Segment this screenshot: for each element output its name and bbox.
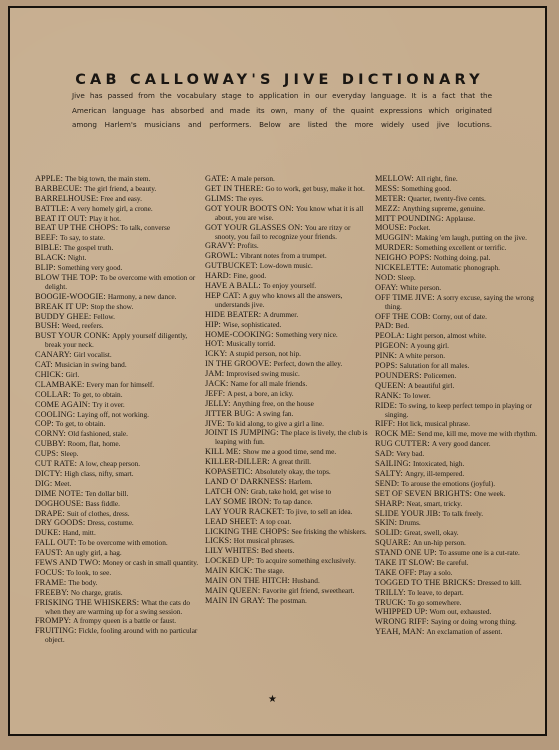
entry-term: RIDE [375, 401, 395, 410]
entry-definition: Drums. [399, 518, 421, 527]
dictionary-entry: BUST YOUR CONK: Apply yourself diligentl… [35, 331, 201, 349]
entry-term: BEAT IT OUT [35, 214, 85, 223]
dictionary-entry: NOD: Sleep. [375, 273, 543, 282]
entry-term: COME AGAIN [35, 400, 88, 409]
entry-term: RUG CUTTER [375, 439, 427, 448]
dictionary-entry: FREEBY: No charge, gratis. [35, 588, 201, 597]
entry-term: BLIP [35, 263, 53, 272]
entry-term: BEAT UP THE CHOPS [35, 223, 116, 232]
entry-definition: Musically torrid. [226, 339, 275, 348]
dictionary-entry: BARBECUE: The girl friend, a beauty. [35, 184, 201, 193]
entry-definition: An un-hip person. [413, 538, 466, 547]
dictionary-entry: FRISKING THE WHISKERS: What the cats do … [35, 598, 201, 616]
dictionary-entry: BIBLE: The gospel truth. [35, 243, 201, 252]
entry-definition: Hot musical phrases. [234, 536, 295, 545]
entry-term: BARBECUE [35, 184, 80, 193]
dictionary-entry: FOCUS: To look, to see. [35, 568, 201, 577]
entry-term: MEZZ [375, 204, 398, 213]
entry-definition: Name for all male friends. [230, 379, 307, 388]
entry-definition: A low, cheap person. [79, 459, 140, 468]
dictionary-entry: MESS: Something good. [375, 184, 543, 193]
entry-definition: Intoxicated, high. [413, 459, 464, 468]
entry-term: FEWS AND TWO [35, 558, 98, 567]
entry-definition: Show me a good time, send me. [243, 447, 336, 456]
entry-definition: Applause. [446, 214, 475, 223]
entry-definition: Stop the show. [91, 302, 134, 311]
entry-term: LAY YOUR RACKET [205, 507, 282, 516]
entry-definition: To leave, to depart. [408, 588, 464, 597]
dictionary-entry: LILY WHITES: Bed sheets. [205, 546, 371, 555]
entry-term: RIFF [375, 419, 393, 428]
entry-definition: To lower. [403, 391, 430, 400]
dictionary-entry: BEEF: To say, to state. [35, 233, 201, 242]
entry-definition: A beautiful girl. [408, 381, 454, 390]
dictionary-entry: FRUITING: Fickle, fooling around with no… [35, 626, 201, 644]
entry-definition: Night. [68, 253, 86, 262]
dictionary-entry: CAT: Musician in swing band. [35, 360, 201, 369]
intro-line: Jive has passed from the vocabulary stag… [72, 89, 492, 104]
entry-term: ICKY [205, 349, 225, 358]
entry-term: SOLID [375, 528, 400, 537]
entry-definition: The eyes. [236, 194, 264, 203]
entry-definition: A frompy queen is a battle or faust. [73, 616, 176, 625]
dictionary-entry: RIFF: Hot lick, musical phrase. [375, 419, 543, 428]
entry-definition: The gospel truth. [64, 243, 114, 252]
dictionary-entry: MAIN QUEEN: Favorite girl friend, sweeth… [205, 586, 371, 595]
dictionary-entry: COLLAR: To get, to obtain. [35, 390, 201, 399]
entry-definition: A very good dancer. [432, 439, 491, 448]
dictionary-entry: FEWS AND TWO: Money or cash in small qua… [35, 558, 201, 567]
entry-definition: A male person. [231, 174, 275, 183]
dictionary-entry: SLIDE YOUR JIB: To talk freely. [375, 509, 543, 518]
entry-definition: Be careful. [437, 558, 469, 567]
dictionary-entry: ROCK ME: Send me, kill me, move me with … [375, 429, 543, 438]
entry-term: GOT YOUR GLASSES ON [205, 223, 300, 232]
entry-definition: A drummer. [263, 310, 298, 319]
dictionary-entry: COP: To get, to obtain. [35, 419, 201, 428]
dictionary-entry: WRONG RIFF: Saying or doing wrong thing. [375, 617, 543, 626]
entry-term: CANARY [35, 350, 69, 359]
entry-term: CUPS [35, 449, 56, 458]
entry-term: GATE [205, 174, 226, 183]
dictionary-entry: OFF THE COB: Corny, out of date. [375, 312, 543, 321]
entry-term: COOLING [35, 410, 73, 419]
dictionary-entry: JITTER BUG: A swing fan. [205, 409, 371, 418]
entry-term: YEAH, MAN [375, 627, 422, 636]
dictionary-entry: GLIMS: The eyes. [205, 194, 371, 203]
dictionary-entry: GUTBUCKET: Low-down music. [205, 261, 371, 270]
entry-term: LAY SOME IRON [205, 497, 269, 506]
entry-definition: Bed sheets. [261, 546, 294, 555]
dictionary-entry: GET IN THERE: Go to work, get busy, make… [205, 184, 371, 193]
dictionary-entry: BLACK: Night. [35, 253, 201, 262]
entry-term: DOGHOUSE [35, 499, 81, 508]
entry-term: LEAD SHEET [205, 517, 255, 526]
entry-term: BUST YOUR CONK [35, 331, 108, 340]
dictionary-entry: FAUST: An ugly girl, a hag. [35, 548, 201, 557]
entry-definition: Dress, costume. [87, 518, 133, 527]
dictionary-entry: BUSH: Weed, reefers. [35, 321, 201, 330]
entry-term: TRUCK [375, 598, 403, 607]
dictionary-entry: JACK: Name for all male friends. [205, 379, 371, 388]
entry-term: CHICK [35, 370, 61, 379]
entry-term: TRILLY [375, 588, 403, 597]
page-title: CAB CALLOWAY'S JIVE DICTIONARY [0, 72, 559, 88]
entry-term: TAKE IT SLOW [375, 558, 432, 567]
dictionary-entry: DOGHOUSE: Bass fiddle. [35, 499, 201, 508]
entry-term: FRUITING [35, 626, 74, 635]
entry-term: HEP CAT [205, 291, 238, 300]
entry-term: GUTBUCKET [205, 261, 255, 270]
entry-term: PAD [375, 321, 391, 330]
entry-definition: Fellow. [93, 312, 115, 321]
dictionary-entry: BREAK IT UP: Stop the show. [35, 302, 201, 311]
entry-term: IN THE GROOVE [205, 359, 269, 368]
entry-definition: Improvised swing music. [226, 369, 300, 378]
entry-definition: To arouse the emotions (joyful). [401, 479, 495, 488]
entry-term: BLACK [35, 253, 63, 262]
entry-term: MAIN KICK [205, 566, 250, 575]
dictionary-entry: LAY SOME IRON: To tap dance. [205, 497, 371, 506]
dictionary-entry: APPLE: The big town, the main stem. [35, 174, 201, 183]
entry-definition: Free and easy. [100, 194, 141, 203]
entry-term: MITT POUNDING [375, 214, 441, 223]
entry-definition: A white person. [399, 351, 445, 360]
dictionary-entry: TAKE IT SLOW: Be careful. [375, 558, 543, 567]
entry-term: PINK [375, 351, 395, 360]
entry-term: GOT YOUR BOOTS ON [205, 204, 291, 213]
entry-definition: To talk freely. [443, 509, 484, 518]
entry-definition: An exclamation of assent. [427, 627, 503, 636]
dictionary-entry: SALTY: Angry, ill-tempered. [375, 469, 543, 478]
entry-term: FOCUS [35, 568, 62, 577]
dictionary-entry: FROMPY: A frompy queen is a battle or fa… [35, 616, 201, 625]
entry-term: MAIN QUEEN [205, 586, 258, 595]
entry-definition: Favorite girl friend, sweetheart. [262, 586, 354, 595]
dictionary-entry: FRAME: The body. [35, 578, 201, 587]
entry-definition: Automatic phonograph. [431, 263, 500, 272]
entry-definition: Girl vocalist. [74, 350, 112, 359]
entry-definition: The body. [68, 578, 97, 587]
entry-definition: Neat, smart, tricky. [406, 499, 462, 508]
entry-definition: To swing, to keep perfect tempo in playi… [385, 401, 532, 419]
entry-definition: Girl. [66, 370, 80, 379]
dictionary-entry: MELLOW: All right, fine. [375, 174, 543, 183]
entry-term: SAILING [375, 459, 409, 468]
dictionary-entry: HIP: Wise, sophisticated. [205, 320, 371, 329]
entry-term: JEFF [205, 389, 223, 398]
entry-definition: Laying off, not working. [77, 410, 149, 419]
dictionary-entry: MOUSE: Pocket. [375, 223, 543, 232]
entry-term: MESS [375, 184, 397, 193]
entry-term: DIME NOTE [35, 489, 81, 498]
dictionary-entry: TRUCK: To go somewhere. [375, 598, 543, 607]
entry-definition: The stage. [254, 566, 284, 575]
dictionary-entry: JAM: Improvised swing music. [205, 369, 371, 378]
entry-definition: The girl friend, a beauty. [84, 184, 156, 193]
entry-term: COLLAR [35, 390, 69, 399]
entry-term: BOOGIE-WOOGIE [35, 292, 103, 301]
entry-term: JITTER BUG [205, 409, 252, 418]
dictionary-entry: CUBBY: Room, flat, home. [35, 439, 201, 448]
entry-definition: Sleep. [398, 273, 416, 282]
entry-term: KOPASETIC [205, 467, 250, 476]
dictionary-entry: SOLID: Great, swell, okay. [375, 528, 543, 537]
dictionary-entry: METER: Quarter, twenty-five cents. [375, 194, 543, 203]
entry-term: HAVE A BALL [205, 281, 258, 290]
dictionary-entry: GROWL: Vibrant notes from a trumpet. [205, 251, 371, 260]
entry-definition: To say, to state. [60, 233, 105, 242]
entry-term: HIDE BEATER [205, 310, 259, 319]
entry-term: POUNDERS [375, 371, 419, 380]
dictionary-entry: KILLER-DILLER: A great thrill. [205, 457, 371, 466]
dictionary-column-2: GATE: A male person.GET IN THERE: Go to … [205, 174, 371, 606]
dictionary-entry: BLOW THE TOP: To be overcome with emotio… [35, 273, 201, 291]
entry-term: LAND O' DARKNESS [205, 477, 284, 486]
entry-definition: High class, nifty, smart. [64, 469, 133, 478]
entry-term: JOINT IS JUMPING [205, 428, 276, 437]
entry-definition: A great thrill. [272, 457, 311, 466]
entry-term: PIGEON [375, 341, 406, 350]
entry-definition: All right, fine. [416, 174, 458, 183]
entry-definition: Something excellent or terrific. [415, 243, 506, 252]
entry-term: DIG [35, 479, 50, 488]
dictionary-entry: LICKING THE CHOPS: See frisking the whis… [205, 527, 371, 536]
entry-term: CUT RATE [35, 459, 75, 468]
entry-definition: To talk, converse [120, 223, 170, 232]
entry-term: LICKS [205, 536, 229, 545]
entry-term: CORNY [35, 429, 64, 438]
dictionary-entry: POUNDERS: Policemen. [375, 371, 543, 380]
dictionary-entry: FALL OUT: To be overcome with emotion. [35, 538, 201, 547]
entry-definition: To get, to obtain. [56, 419, 106, 428]
dictionary-entry: LICKS: Hot musical phrases. [205, 536, 371, 545]
entry-term: COP [35, 419, 51, 428]
dictionary-entry: COME AGAIN: Try it over. [35, 400, 201, 409]
entry-definition: Perfect, down the alley. [274, 359, 343, 368]
dictionary-entry: BEAT IT OUT: Play it hot. [35, 214, 201, 223]
entry-definition: Making 'em laugh, putting on the jive. [415, 233, 527, 242]
entry-term: FREEBY [35, 588, 66, 597]
entry-definition: To be overcome with emotion. [78, 538, 167, 547]
dictionary-entry: DIME NOTE: Ten dollar bill. [35, 489, 201, 498]
entry-term: KILLER-DILLER [205, 457, 267, 466]
entry-term: BATTLE [35, 204, 66, 213]
dictionary-entry: STAND ONE UP: To assume one is a cut-rat… [375, 548, 543, 557]
entry-definition: Corny, out of date. [432, 312, 486, 321]
entry-term: BARRELHOUSE [35, 194, 96, 203]
entry-term: OFF THE COB [375, 312, 428, 321]
dictionary-entry: CANARY: Girl vocalist. [35, 350, 201, 359]
entry-term: STAND ONE UP [375, 548, 434, 557]
entry-term: GRAVY [205, 241, 233, 250]
entry-definition: To look, to see. [66, 568, 111, 577]
dictionary-entry: COOLING: Laying off, not working. [35, 410, 201, 419]
entry-definition: Nothing doing, pal. [434, 253, 491, 262]
entry-definition: Every man for himself. [86, 380, 154, 389]
entry-definition: A stupid person, not hip. [229, 349, 301, 358]
entry-definition: Musician in swing band. [55, 360, 127, 369]
dictionary-entry: LOCKED UP: To acquire something exclusiv… [205, 556, 371, 565]
entry-definition: Anything free, on the house [233, 399, 314, 408]
entry-definition: Salutation for all males. [400, 361, 470, 370]
dictionary-entry: CORNY: Old fashioned, stale. [35, 429, 201, 438]
entry-term: LATCH ON [205, 487, 246, 496]
entry-term: SQUARE [375, 538, 409, 547]
entry-definition: One week. [474, 489, 505, 498]
entry-term: LOCKED UP [205, 556, 252, 565]
entry-term: JELLY [205, 399, 228, 408]
dictionary-column-3: MELLOW: All right, fine.MESS: Something … [375, 174, 543, 637]
dictionary-entry: PEOLA: Light person, almost white. [375, 331, 543, 340]
dictionary-entry: JOINT IS JUMPING: The place is lively, t… [205, 428, 371, 446]
entry-term: SALTY [375, 469, 400, 478]
entry-definition: Ten dollar bill. [85, 489, 128, 498]
entry-definition: Policemen. [424, 371, 457, 380]
entry-definition: Quarter, twenty-five cents. [408, 194, 486, 203]
entry-definition: Harmony, a new dance. [108, 292, 177, 301]
entry-term: MAIN IN GRAY [205, 596, 263, 605]
dictionary-entry: OFF TIME JIVE: A sorry excuse, saying th… [375, 293, 543, 311]
dictionary-entry: TOGGED TO THE BRICKS: Dressed to kill. [375, 578, 543, 587]
entry-term: CAT [35, 360, 50, 369]
entry-definition: Send me, kill me, move me with rhythm. [417, 429, 537, 438]
dictionary-entry: PINK: A white person. [375, 351, 543, 360]
entry-term: MUGGIN' [375, 233, 411, 242]
entry-term: PEOLA [375, 331, 402, 340]
dictionary-entry: MITT POUNDING: Applause. [375, 214, 543, 223]
entry-definition: Bed. [395, 321, 409, 330]
entry-term: TOGGED TO THE BRICKS [375, 578, 473, 587]
entry-definition: An ugly girl, a hag. [65, 548, 122, 557]
entry-definition: Room, flat, home. [68, 439, 121, 448]
dictionary-entry: HOT: Musically torrid. [205, 339, 371, 348]
entry-definition: Something very nice. [276, 330, 338, 339]
entry-definition: The postman. [267, 596, 307, 605]
entry-term: NICKELETTE [375, 263, 426, 272]
entry-term: CUBBY [35, 439, 63, 448]
entry-definition: Something good. [401, 184, 451, 193]
dictionary-entry: DRAPE: Suit of clothes, dress. [35, 509, 201, 518]
dictionary-column-1: APPLE: The big town, the main stem.BARBE… [35, 174, 201, 645]
dictionary-entry: BARRELHOUSE: Free and easy. [35, 194, 201, 203]
entry-term: BREAK IT UP [35, 302, 86, 311]
entry-definition: Go to work, get busy, make it hot. [266, 184, 365, 193]
entry-term: GET IN THERE [205, 184, 261, 193]
dictionary-entry: SET OF SEVEN BRIGHTS: One week. [375, 489, 543, 498]
dictionary-entry: HIDE BEATER: A drummer. [205, 310, 371, 319]
star-icon: ★ [268, 694, 277, 705]
entry-term: SET OF SEVEN BRIGHTS [375, 489, 470, 498]
entry-definition: To enjoy yourself. [263, 281, 316, 290]
entry-term: ROCK ME [375, 429, 413, 438]
entry-term: SHARP [375, 499, 402, 508]
entry-term: CLAMBAKE [35, 380, 82, 389]
dictionary-entry: NEIGHO POPS: Nothing doing, pal. [375, 253, 543, 262]
dictionary-entry: TAKE OFF: Play a solo. [375, 568, 543, 577]
dictionary-entry: LAY YOUR RACKET: To jive, to sell an ide… [205, 507, 371, 516]
entry-definition: Light person, almost white. [406, 331, 486, 340]
entry-term: METER [375, 194, 403, 203]
dictionary-entry: PIGEON: A young girl. [375, 341, 543, 350]
entry-term: JIVE [205, 419, 222, 428]
entry-definition: Low-down music. [260, 261, 313, 270]
entry-definition: Absolutely okay, the tops. [255, 467, 331, 476]
dictionary-entry: HARD: Fine, good. [205, 271, 371, 280]
entry-definition: To acquire something exclusively. [256, 556, 356, 565]
dictionary-entry: GRAVY: Profits. [205, 241, 371, 250]
entry-definition: Meet. [54, 479, 71, 488]
dictionary-entry: OFAY: White person. [375, 283, 543, 292]
entry-term: OFAY [375, 283, 396, 292]
dictionary-entry: JEFF: A pest, a bore, an icky. [205, 389, 371, 398]
dictionary-entry: SKIN: Drums. [375, 518, 543, 527]
dictionary-entry: BUDDY GHEE: Fellow. [35, 312, 201, 321]
dictionary-entry: RUG CUTTER: A very good dancer. [375, 439, 543, 448]
entry-definition: Bass fiddle. [86, 499, 120, 508]
dictionary-entry: LEAD SHEET: A top coat. [205, 517, 371, 526]
dictionary-entry: JELLY: Anything free, on the house [205, 399, 371, 408]
dictionary-entry: CUPS: Sleep. [35, 449, 201, 458]
dictionary-entry: MAIN IN GRAY: The postman. [205, 596, 371, 605]
entry-term: BIBLE [35, 243, 59, 252]
entry-definition: Saying or doing wrong thing. [431, 617, 517, 626]
dictionary-entry: LAND O' DARKNESS: Harlem. [205, 477, 371, 486]
dictionary-entry: CUT RATE: A low, cheap person. [35, 459, 201, 468]
entry-term: WRONG RIFF [375, 617, 426, 626]
dictionary-entry: DICTY: High class, nifty, smart. [35, 469, 201, 478]
entry-term: FROMPY [35, 616, 69, 625]
entry-definition: Angry, ill-tempered. [405, 469, 464, 478]
dictionary-entry: SEND: To arouse the emotions (joyful). [375, 479, 543, 488]
entry-definition: A very homely girl, a crone. [71, 204, 153, 213]
entry-term: APPLE [35, 174, 61, 183]
entry-term: POPS [375, 361, 395, 370]
entry-term: MELLOW [375, 174, 411, 183]
entry-definition: To tap dance. [274, 497, 313, 506]
entry-term: WHIPPED UP [375, 607, 425, 616]
dictionary-entry: DIG: Meet. [35, 479, 201, 488]
dictionary-entry: KILL ME: Show me a good time, send me. [205, 447, 371, 456]
entry-definition: Fine, good. [233, 271, 266, 280]
entry-definition: To jive, to sell an idea. [286, 507, 352, 516]
dictionary-entry: ICKY: A stupid person, not hip. [205, 349, 371, 358]
entry-term: DRAPE [35, 509, 62, 518]
entry-definition: See frisking the whiskers. [291, 527, 366, 536]
entry-term: HOT [205, 339, 222, 348]
dictionary-entry: QUEEN: A beautiful girl. [375, 381, 543, 390]
dictionary-entry: CHICK: Girl. [35, 370, 201, 379]
dictionary-entry: MUGGIN': Making 'em laugh, putting on th… [375, 233, 543, 242]
entry-definition: Harlem. [289, 477, 313, 486]
entry-term: SKIN [375, 518, 395, 527]
entry-term: DUKE [35, 528, 58, 537]
entry-definition: White person. [400, 283, 441, 292]
dictionary-entry: GATE: A male person. [205, 174, 371, 183]
entry-definition: Play a solo. [419, 568, 453, 577]
entry-term: BLOW THE TOP [35, 273, 95, 282]
dictionary-entry: SQUARE: An un-hip person. [375, 538, 543, 547]
entry-definition: Profits. [237, 241, 258, 250]
entry-term: KILL ME [205, 447, 238, 456]
entry-definition: Money or cash in small quantity. [103, 558, 199, 567]
entry-term: MAIN ON THE HITCH [205, 576, 288, 585]
entry-term: NOD [375, 273, 393, 282]
entry-definition: Sleep. [60, 449, 78, 458]
entry-definition: Weed, reefers. [62, 321, 104, 330]
dictionary-entry: JIVE: To kid along, to give a girl a lin… [205, 419, 371, 428]
entry-definition: Wise, sophisticated. [223, 320, 281, 329]
